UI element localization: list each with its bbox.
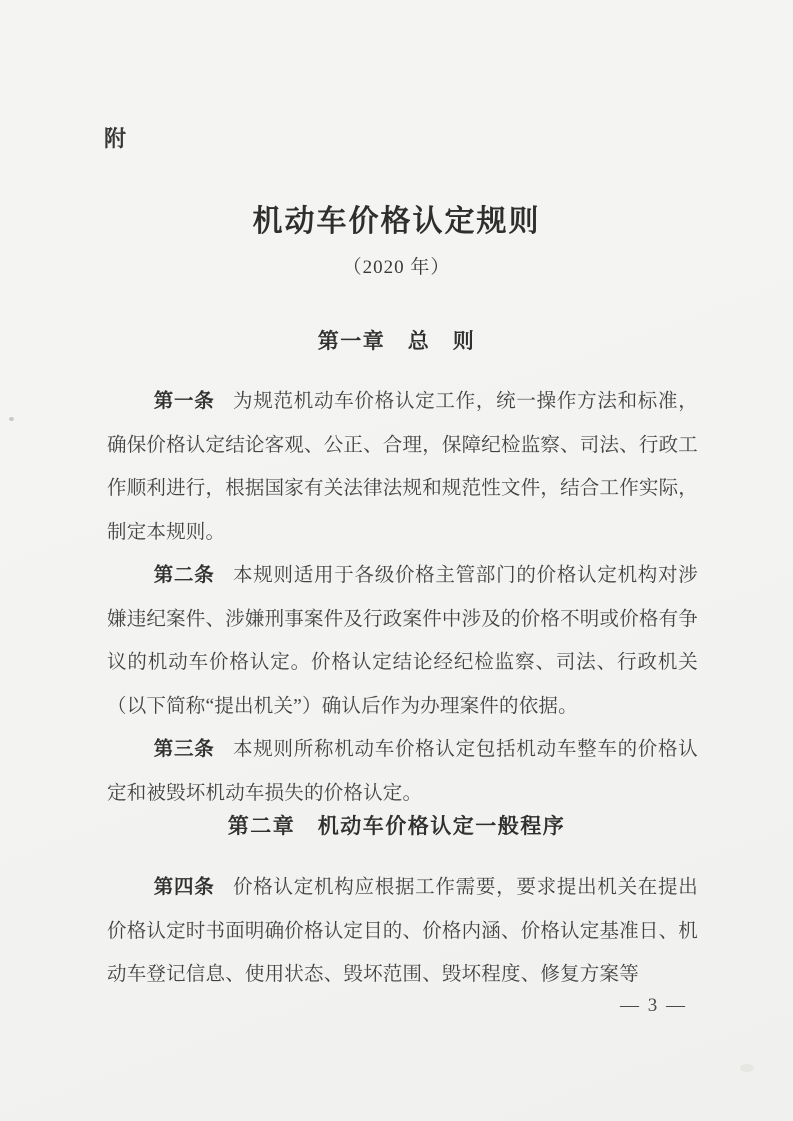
article-4-label: 第四条 — [154, 877, 215, 898]
article-1-text: 为规范机动车价格认定工作，统一操作方法和标准，确保价格认定结论客观、公正、合理，… — [107, 391, 698, 543]
chapter-heading-1: 第一章 总 则 — [0, 328, 793, 354]
article-3: 第三条本规则所称机动车价格认定包括机动车整车的价格认定和被毁坏机动车损失的价格认… — [107, 728, 698, 815]
article-block-1: 第一条为规范机动车价格认定工作，统一操作方法和标准，确保价格认定结论客观、公正、… — [107, 380, 698, 815]
attachment-label: 附 — [104, 122, 126, 153]
article-2: 第二条本规则适用于各级价格主管部门的价格认定机构对涉嫌违纪案件、涉嫌刑事案件及行… — [107, 554, 698, 728]
scan-artifact-dot — [9, 417, 14, 421]
article-1: 第一条为规范机动车价格认定工作，统一操作方法和标准，确保价格认定结论客观、公正、… — [107, 380, 698, 554]
document-title: 机动车价格认定规则 — [0, 196, 793, 240]
chapter-heading-2: 第二章 机动车价格认定一般程序 — [0, 813, 793, 839]
document-subtitle: （2020 年） — [0, 252, 793, 279]
article-3-label: 第三条 — [154, 739, 215, 760]
article-4: 第四条价格认定机构应根据工作需要，要求提出机关在提出价格认定时书面明确价格认定目… — [107, 866, 698, 997]
article-block-2: 第四条价格认定机构应根据工作需要，要求提出机关在提出价格认定时书面明确价格认定目… — [107, 866, 698, 997]
article-2-text: 本规则适用于各级价格主管部门的价格认定机构对涉嫌违纪案件、涉嫌刑事案件及行政案件… — [107, 565, 698, 717]
scan-artifact-smudge — [740, 1064, 754, 1072]
article-1-label: 第一条 — [154, 391, 215, 412]
page-number: — 3 — — [620, 995, 687, 1017]
document-page: 附 机动车价格认定规则 （2020 年） 第一章 总 则 第一条为规范机动车价格… — [0, 0, 793, 1121]
article-2-label: 第二条 — [154, 565, 215, 586]
